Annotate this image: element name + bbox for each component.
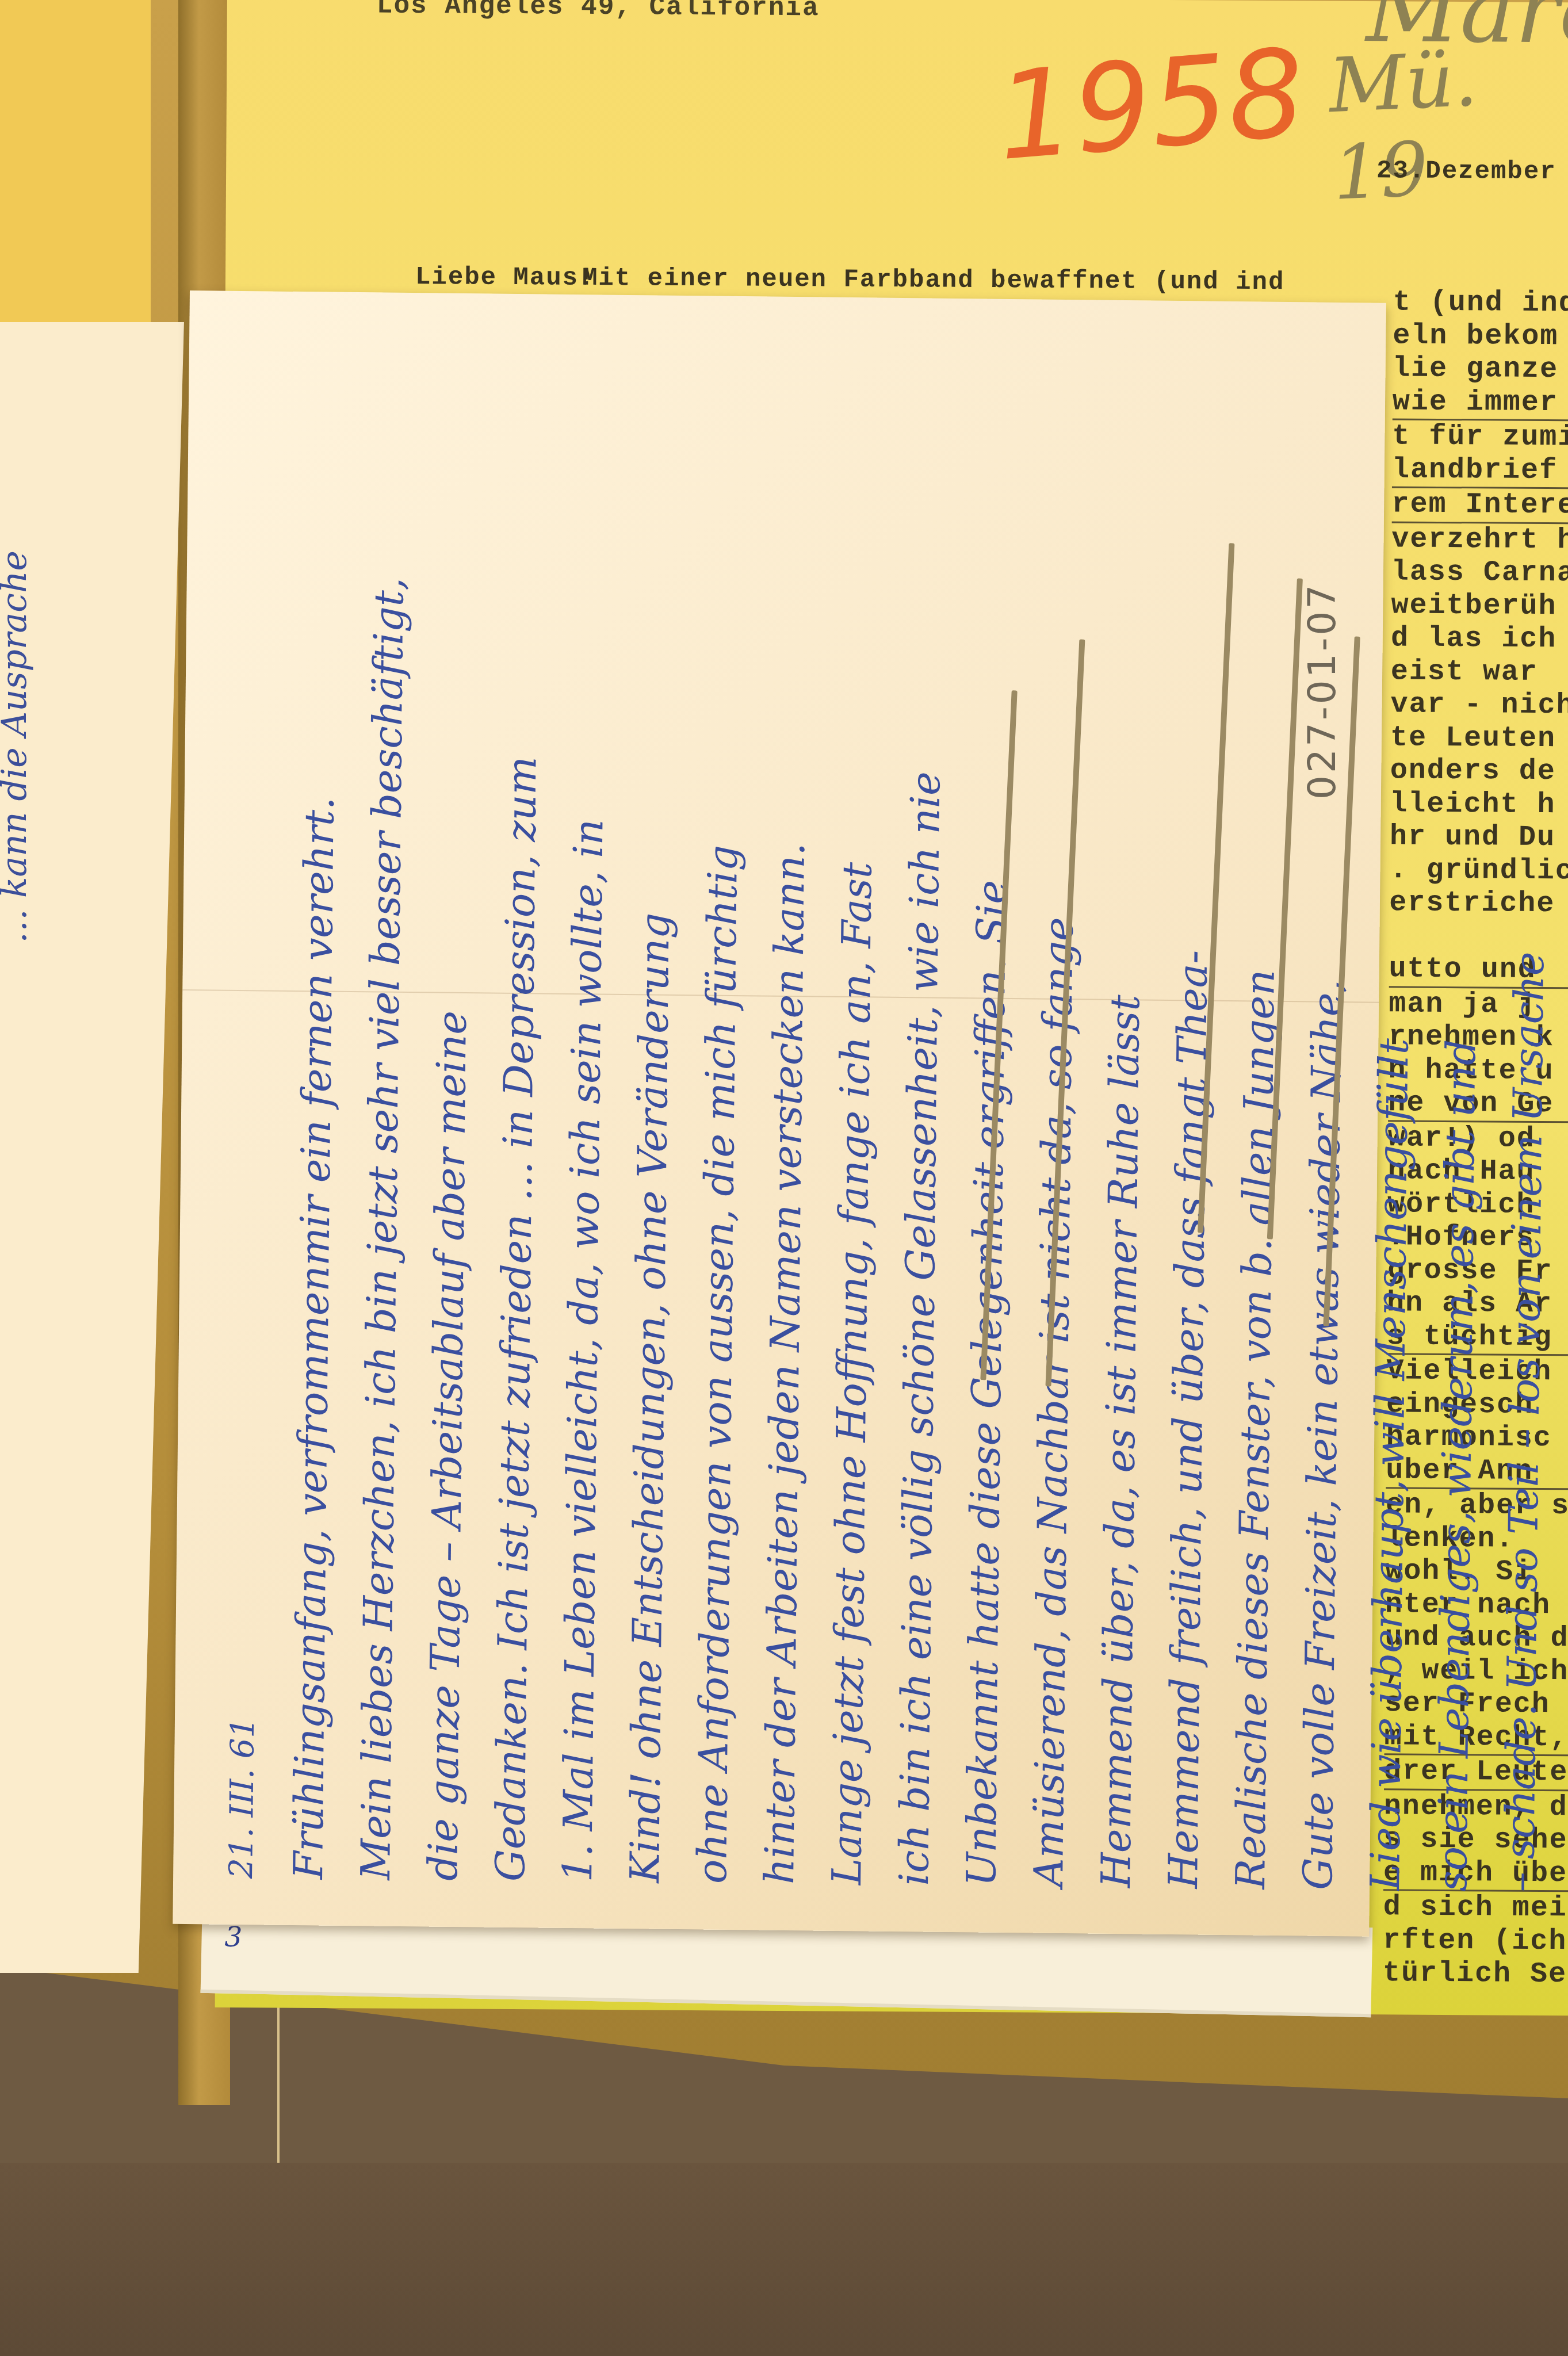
typed-line: d sich mei	[1383, 1891, 1568, 1925]
left-fragment-text: … kann die Ausprache	[0, 426, 35, 943]
handwritten-lines: Frühlingsanfang, verfrommenmir ein ferne…	[275, 326, 1568, 1892]
pencil-annotation-number: Mü. 19	[1327, 30, 1568, 217]
handwritten-body: 21. III. 61 Frühlingsanfang, verfrommenm…	[208, 326, 1374, 1891]
typed-salutation: Liebe Maus!	[415, 263, 595, 293]
left-yellow-sheet	[0, 0, 151, 322]
typed-address-line: Los Angeles 49, California	[377, 0, 820, 23]
page-number: 3	[224, 1921, 243, 1954]
handwritten-letter: 21. III. 61 Frühlingsanfang, verfrommenm…	[173, 290, 1386, 1937]
red-year-annotation: 1958	[992, 22, 1310, 188]
typed-date: 23.Dezember	[1376, 156, 1556, 186]
folder-crease	[277, 1984, 280, 2168]
typed-opening-line: Mit einer neuen Farbband bewaffnet (und …	[582, 264, 1285, 297]
typed-line: rften (ich	[1383, 1924, 1568, 1959]
archive-number: 027-01-07	[1300, 582, 1344, 800]
typed-line: türlich Se	[1383, 1957, 1568, 1991]
typed-line: t (und ind	[1393, 286, 1568, 320]
desk-surface	[0, 2163, 1568, 2356]
